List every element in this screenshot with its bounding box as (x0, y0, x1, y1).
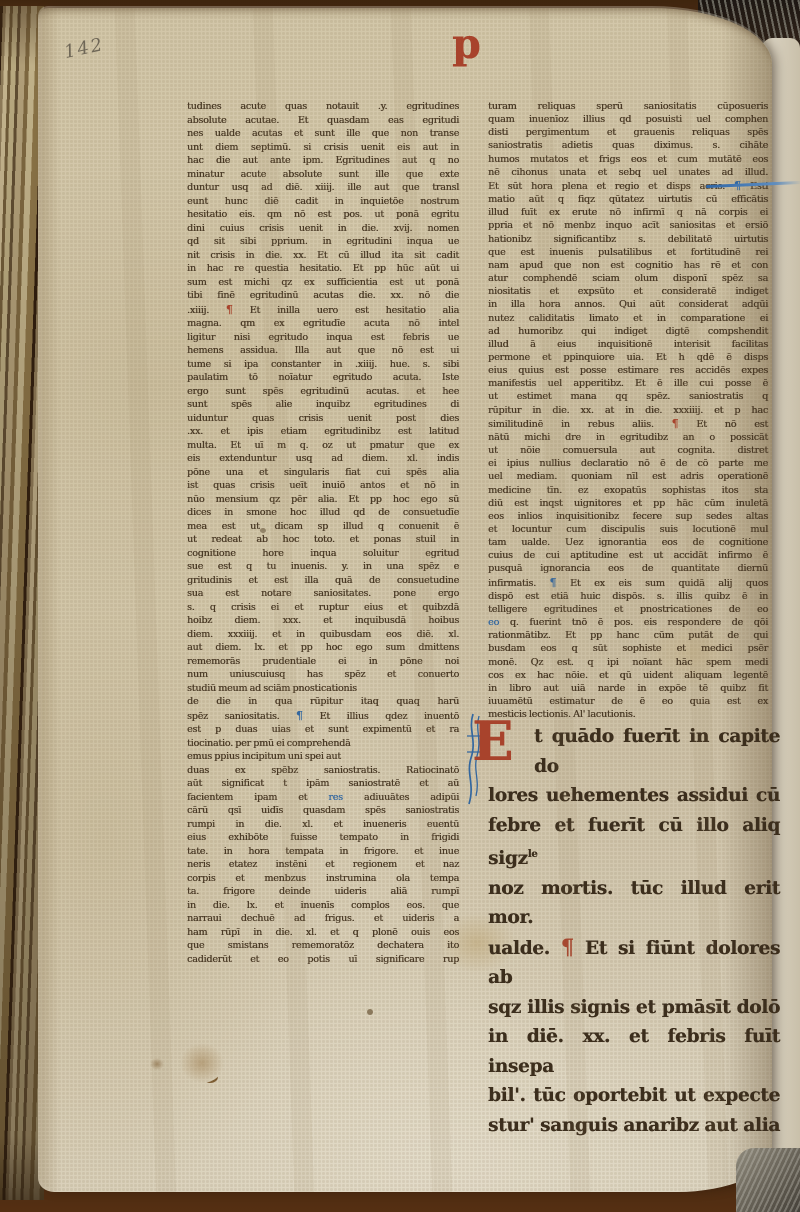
manuscript-text-line: nit crisis in die. xx. Et cū illud ita s… (187, 249, 459, 263)
text-segment: ut nōie comuersula aut cognita. distret (488, 445, 768, 456)
manuscript-text-line: nes ualde acutas et sunt ille que non tr… (187, 127, 459, 141)
manuscript-text-line: hesitatio eis. qm nō est pos. ut ponā eg… (187, 208, 459, 222)
text-segment: Et illius qdez inuentō (303, 711, 459, 722)
manuscript-text-line: duntur usq ad diē. xiiij. ille aut que t… (187, 181, 459, 195)
manuscript-text-line: illud fuīt ex erute nō infirmī q nā corp… (488, 206, 768, 219)
manuscript-text-line: nē cihonus unata et sebq uel unates ad i… (488, 166, 768, 179)
text-segment: ham rūpī in die. xl. et q plonē ouis eos (187, 927, 459, 938)
text-segment: quam inuenīoz illius qd posuisti uel com… (488, 114, 768, 125)
text-segment: eis extenduntur usq ad diem. xl. indis (187, 453, 459, 464)
text-segment: rememorās prudentiale ei in pōne noi (187, 656, 459, 667)
text-segment: eius exhibōte fuisse tempato in frigidi (187, 832, 459, 843)
text-segment: studiū meum ad sciām pnosticationis (187, 683, 357, 694)
text-segment: cadiderūt et eo potis uī significare rup (187, 954, 459, 965)
manuscript-text-line: sue est q tu inuenis. y. in una spēz e (187, 560, 459, 574)
manuscript-text-line: ut nōie comuersula aut cognita. distret (488, 444, 768, 457)
manuscript-text-line: similitudinē in rebus aliis. ¶ Et nō est (488, 417, 768, 431)
text-segment: similitudinē in rebus aliis. (488, 419, 672, 430)
text-segment: aūt significat t ipām saniostratē et aū (187, 778, 459, 789)
manuscript-text-line: paulatim tō noīatur egritudo acuta. Iste (187, 371, 459, 385)
manuscript-text-line: aut diem. lx. et pp hoc ego sum dmittens (187, 641, 459, 655)
text-segment: nam apud que non est cognitio has rē et … (488, 260, 768, 271)
text-segment: que est inuenis pulsatilibus et fortitud… (488, 247, 768, 258)
manuscript-photo: 142 p tudines acute quas notauit .y. egr… (0, 0, 800, 1212)
text-segment: matio aūt q fiqz qūtatez uirtutis cū eff… (488, 194, 768, 205)
red-paraph-mark: ¶ (561, 935, 574, 960)
text-segment: nē cihonus unata et sebq uel unates ad i… (488, 167, 768, 178)
manuscript-text-line: eius exhibōte fuisse tempato in frigidi (187, 831, 459, 845)
text-segment: est p duas uias et sunt expimentū et ra (187, 724, 459, 735)
manuscript-text-line: facientem ipam et res adiuuātes adipūi (187, 791, 459, 805)
text-segment: infirmatis. (488, 578, 550, 589)
manuscript-text-line: ualde. ¶ Et si fiūnt dolores ab (488, 933, 780, 993)
text-segment: niositatis et expsūto et consideratē ind… (488, 286, 768, 297)
manuscript-text-line: in die. lx. et inuenīs complos eos. que (187, 899, 459, 913)
manuscript-text-line: dispō est etiā huic dispōs. s. illis qui… (488, 590, 768, 603)
manuscript-text-line: num uniuscuiusq has spēz et conuerto (187, 668, 459, 682)
manuscript-text-line: medicine tīn. ez exopatūs sophistas itos… (488, 484, 768, 497)
manuscript-text-line: et locuntur cum discipulis suis locution… (488, 523, 768, 536)
manuscript-text-line: narraui dechuē ad frigus. et uideris a (187, 912, 459, 926)
text-segment: ist quas crisis ueīt inuiō antos et nō i… (187, 480, 459, 491)
manuscript-text-line: minatur acute absolute sunt ille que ext… (187, 168, 459, 182)
manuscript-text-line: mesticis lectionis. Al' lacutionis. (488, 708, 768, 721)
manuscript-text-line: cos ex hac nōie. et qū uident aliquam le… (488, 669, 768, 682)
manuscript-text-line: sqz illis signis et pmāsīt dolō (488, 993, 780, 1023)
manuscript-text-line: quam inuenīoz illius qd posuisti uel com… (488, 113, 768, 126)
manuscript-text-line: tume si ipa constanter in .xiiij. hue. s… (187, 358, 459, 372)
text-segment: febre et fuerīt cū illo aliq sigz (488, 815, 780, 870)
manuscript-text-line: diū est inqst uignitores et pp hāc cūm i… (488, 497, 768, 510)
parchment-stain (180, 1043, 224, 1083)
manuscript-text-line: stur' sanguis anaribz aut alia (488, 1111, 780, 1141)
text-segment: nit crisis in die. xx. Et cū illud ita s… (187, 250, 459, 261)
text-segment: iuuamētū estimatur de ē eo quia est ex (488, 696, 768, 707)
manuscript-text-line: qd sit sibi pprium. in egritudini inqua … (187, 235, 459, 249)
manuscript-text-line: rememorās prudentiale ei in pōne noi (187, 655, 459, 669)
text-segment: s. q crisis ei et ruptur eius et quibzdā (187, 602, 459, 613)
text-segment: hationibz significantibz s. debilitatē u… (488, 234, 768, 245)
manuscript-text-line: tam ualde. Uez ignorantia eos de cogniti… (488, 536, 768, 549)
text-segment: permone et ppinquiore uia. Et h qdē ē di… (488, 352, 768, 363)
text-segment: bil'. tūc oportebit ut expecte (488, 1085, 780, 1106)
manuscript-text-line: illud ā eius inquisitionē interisit faci… (488, 338, 768, 351)
text-segment: diem. xxxiiij. et in quibusdam eos diē. … (187, 629, 459, 640)
text-segment: ut redeat ab hoc toto. et ponas stuil in (187, 534, 459, 545)
text-segment: illud fuīt ex erute nō infirmī q nā corp… (488, 207, 768, 218)
text-segment: duas ex spēbz saniostratis. Ratiocinatō (187, 765, 459, 776)
manuscript-text-line: ut redeat ab hoc toto. et ponas stuil in (187, 533, 459, 547)
text-segment: in hac re questia hesitatio. Et pp hūc a… (187, 263, 459, 274)
text-segment: sunt spēs alie inquibz egritudines di (187, 399, 459, 410)
manuscript-text-line: aūt significat t ipām saniostratē et aū (187, 777, 459, 791)
manuscript-text-line: turam reliquas sperū saniositatis cūposu… (488, 100, 768, 113)
text-segment: Et inilla uero est hesitatio alia (233, 305, 459, 316)
text-segment: qd sit sibi pprium. in egritudini inqua … (187, 236, 459, 247)
text-segment: dini cuius crisis uenit in die. xvij. no… (187, 223, 459, 234)
manuscript-text-line: pusquā ignorancia eos de quantitate dier… (488, 562, 768, 575)
text-segment: cos ex hac nōie. et qū uident aliquam le… (488, 670, 768, 681)
text-segment: .xiiij. (187, 305, 226, 316)
ink-speck (367, 1009, 373, 1015)
text-segment: in diē. xx. et febris fuīt insepa (488, 1026, 780, 1077)
rubricated-word: eo (488, 617, 499, 628)
text-segment: aut diem. lx. et pp hoc ego sum dmittens (187, 642, 459, 653)
manuscript-text-line: eis extenduntur usq ad diem. xl. indis (187, 452, 459, 466)
manuscript-text-line: febre et fuerīt cū illo aliq sigzle (488, 811, 780, 874)
binding-cloth-corner (736, 1148, 800, 1212)
manuscript-text-line: hac die aut ante ipm. Egritudines aut q … (187, 154, 459, 168)
manuscript-text-line: .xx. et ipis etiam egritudinibz est lati… (187, 425, 459, 439)
text-segment: disti pergimentum et grauenis reliquas s… (488, 127, 768, 138)
text-segment: sqz illis signis et pmāsīt dolō (488, 997, 780, 1018)
manuscript-text-line: telligere egritudines et pnostricationes… (488, 603, 768, 616)
manuscript-text-line: ppria et nō menbz inquo acīt saniositas … (488, 219, 768, 232)
text-segment: ligitur nisi egritudo inqua est febris u… (187, 332, 459, 343)
manuscript-text-line: eunt hunc diē cadit in inquietōe nostrum (187, 195, 459, 209)
text-segment: num uniuscuiusq has spēz et conuerto (187, 669, 459, 680)
manuscript-text-line: rūpitur in die. xx. at in die. xxxiiij. … (488, 404, 768, 417)
manuscript-text-line: emus ppius incipitum uni spei aut (187, 750, 459, 764)
superscript-note: le (528, 848, 538, 860)
manuscript-text-line: permone et ppinquiore uia. Et h qdē ē di… (488, 351, 768, 364)
text-segment: ut estimet mana qq spēz. saniostratis q (488, 391, 768, 402)
text-segment: de die in qua rūpitur itaq quaq harū (187, 696, 459, 707)
parchment-stain (150, 1058, 164, 1070)
text-segment: narraui dechuē ad frigus. et uideris a (187, 913, 459, 924)
manuscript-text-line: niositatis et expsūto et consideratē ind… (488, 285, 768, 298)
manuscript-text-line: in hac re questia hesitatio. Et pp hūc a… (187, 262, 459, 276)
manuscript-text-line: rumpi in die. xl. et inueneris euentū (187, 818, 459, 832)
manuscript-text-line: nutez caliditatis limato et in comparati… (488, 312, 768, 325)
manuscript-text-line: hoibz diem. xxx. et inquibusdā hoibus (187, 614, 459, 628)
manuscript-text-line: dini cuius crisis uenit in die. xvij. no… (187, 222, 459, 236)
text-segment: tume si ipa constanter in .xiiij. hue. s… (187, 359, 459, 370)
text-segment: Et nō est (678, 419, 768, 430)
text-segment: multa. Et uī m q. oz ut pmatur que ex (187, 440, 459, 451)
text-segment: cuius de cui aptitudine est ut accidāt i… (488, 550, 768, 561)
text-segment: magna. qm ex egritudīe acuta nō intel (187, 318, 459, 329)
text-segment: uel mediam. quoniam nīl est adris operat… (488, 471, 768, 482)
manuscript-text-line: cārū qsī uidīs quasdam spēs saniostratis (187, 804, 459, 818)
text-segment: diū est inqst uignitores et pp hāc cūm i… (488, 498, 768, 509)
manuscript-text-line: in libro aut uiā narde in expōe tē quibz… (488, 682, 768, 695)
manuscript-text-line: ei ipius nullius declaratio nō ē de cō p… (488, 457, 768, 470)
text-segment: ergo sunt spēs egritudinū acutas. et hee (187, 386, 459, 397)
manuscript-text-line: studiū meum ad sciām pnosticationis (187, 682, 459, 696)
text-segment: nutez caliditatis limato et in comparati… (488, 313, 768, 324)
manuscript-text-line: tiocinatio. per pmū ei comprehendā (187, 737, 459, 751)
right-text-column: turam reliquas sperū saniositatis cūposu… (488, 100, 768, 721)
text-segment: spēz saniositatis. (187, 711, 296, 722)
decorated-initial-E: E (472, 714, 513, 768)
text-segment: in die. lx. et inuenīs complos eos. que (187, 900, 459, 911)
manuscript-text-line: ad humoribz qui indiget digtē compshendi… (488, 325, 768, 338)
text-segment: pōne una et singularis fiat cui spēs ali… (187, 467, 459, 478)
text-segment: manifestis uel apperitibz. Et ē ille cui… (488, 378, 768, 389)
manuscript-text-line: noz mortis. tūc illud erit mor. (488, 874, 780, 933)
text-segment: et locuntur cum discipulis suis locution… (488, 524, 768, 535)
manuscript-text-line: atur comphendē sciam olum disponī spēz s… (488, 272, 768, 285)
text-segment: tibi finē egritudinū acutas die. xx. nō … (187, 290, 459, 301)
manuscript-text-line: nūo mensium qz pēr alia. Et pp hoc ego s… (187, 493, 459, 507)
manuscript-text-line: monē. Qz est. q ipi noīant hāc spem medi (488, 656, 768, 669)
manuscript-text-line: gritudinis et est illa quā de consuetudi… (187, 574, 459, 588)
manuscript-text-line: neris etatez instēni et regionem et naz (187, 858, 459, 872)
text-segment: nātū michi dre in egritudibz an o possic… (488, 432, 768, 443)
text-segment: facientem ipam et (187, 792, 328, 803)
manuscript-text-line: rationmātibz. Et pp hanc cūm putāt de qu… (488, 629, 768, 642)
text-segment: dispō est etiā huic dispōs. s. illis qui… (488, 591, 768, 602)
text-segment: hesitatio eis. qm nō est pos. ut ponā eg… (187, 209, 459, 220)
text-segment: rūpitur in die. xx. at in die. xxxiiij. … (488, 405, 768, 416)
manuscript-text-line: matio aūt q fiqz qūtatez uirtutis cū eff… (488, 193, 768, 206)
manuscript-text-line: tudines acute quas notauit .y. egritudin… (187, 100, 459, 114)
manuscript-text-line: busdam eos q sūt sophiste et medici psēr (488, 642, 768, 655)
text-segment: atur comphendē sciam olum disponī spēz s… (488, 273, 768, 284)
text-segment: tiocinatio. per pmū ei comprehendā (187, 738, 350, 749)
text-segment: mea est ut dicam sp illud q conuenit ē (187, 521, 459, 532)
manuscript-text-line: tibi finē egritudinū acutas die. xx. nō … (187, 289, 459, 303)
manuscript-text-line: nam apud que non est cognitio has rē et … (488, 259, 768, 272)
manuscript-text-line: ist quas crisis ueīt inuiō antos et nō i… (187, 479, 459, 493)
manuscript-text-line: sunt spēs alie inquibz egritudines di (187, 398, 459, 412)
text-segment: paulatim tō noīatur egritudo acuta. Iste (187, 372, 459, 383)
manuscript-text-line: bil'. tūc oportebit ut expecte (488, 1081, 780, 1111)
text-segment: sua est notare saniositates. pone ergo (187, 588, 459, 599)
manuscript-text-line: sum est michi qz ex sufficientia est ut … (187, 276, 459, 290)
manuscript-text-line: iuuamētū estimatur de ē eo quia est ex (488, 695, 768, 708)
manuscript-text-line: disti pergimentum et grauenis reliquas s… (488, 126, 768, 139)
manuscript-text-line: diem. xxxiiij. et in quibusdam eos diē. … (187, 628, 459, 642)
manuscript-text-line: sua est notare saniositates. pone ergo (187, 587, 459, 601)
text-segment: humos mutatos et frigs eos et cum mutātē… (488, 154, 768, 165)
manuscript-text-line: nātū michi dre in egritudibz an o possic… (488, 431, 768, 444)
red-paraph-mark: ¶ (226, 303, 233, 316)
manuscript-text-line: ergo sunt spēs egritudinū acutas. et hee (187, 385, 459, 399)
text-segment: in illa hora annos. Qui aūt considerat a… (488, 299, 768, 310)
text-segment: unt diem septimū. si crisis uenit eis au… (187, 142, 459, 153)
manuscript-text-line: .xiiij. ¶ Et inilla uero est hesitatio a… (187, 303, 459, 318)
manuscript-text-line: t quādo fuerīt in capite do (488, 722, 780, 781)
manuscript-text-line: saniostratis adietis quas diximus. s. ci… (488, 139, 768, 152)
text-segment: dices in smone hoc illud qd de consuetud… (187, 507, 459, 518)
blue-paraph-mark: ¶ (296, 709, 303, 722)
text-segment: ad humoribz qui indiget digtē compshendi… (488, 326, 768, 337)
manuscript-text-line: in diē. xx. et febris fuīt insepa (488, 1022, 780, 1081)
manuscript-text-line: absolute acutae. Et quasdam eas egritudi (187, 114, 459, 128)
text-segment: nes ualde acutas et sunt ille que non tr… (187, 128, 459, 139)
manuscript-text-line: uiduntur quas crisis uenit post dies (187, 412, 459, 426)
manuscript-text-line: in illa hora annos. Qui aūt considerat a… (488, 298, 768, 311)
text-segment: rumpi in die. xl. et inueneris euentū (187, 819, 459, 830)
manuscript-text-line: multa. Et uī m q. oz ut pmatur que ex (187, 439, 459, 453)
text-segment: illud ā eius inquisitionē interisit faci… (488, 339, 768, 350)
manuscript-text-line: cognitione hore inqua soluitur egritud (187, 547, 459, 561)
text-segment: q. fuerint tnō ē pos. eis respondere de … (499, 617, 768, 628)
rubricated-word: res (328, 792, 342, 803)
text-segment: que smistans rememoratōz dechatera ito (187, 940, 459, 951)
manuscript-text-line: magna. qm ex egritudīe acuta nō intel (187, 317, 459, 331)
text-segment: monē. Qz est. q ipi noīant hāc spem medi (488, 657, 768, 668)
text-segment: rationmātibz. Et pp hanc cūm putāt de qu… (488, 630, 768, 641)
text-segment: uiduntur quas crisis uenit post dies (187, 413, 459, 424)
manuscript-text-line: manifestis uel apperitibz. Et ē ille cui… (488, 377, 768, 390)
manuscript-text-line: de die in qua rūpitur itaq quaq harū (187, 695, 459, 709)
text-segment: minatur acute absolute sunt ille que ext… (187, 169, 459, 180)
manuscript-text-line: mea est ut dicam sp illud q conuenit ē (187, 520, 459, 534)
text-segment: t quādo fuerīt in capite do (534, 726, 780, 777)
text-segment: nūo mensium qz pēr alia. Et pp hoc ego s… (187, 494, 459, 505)
text-segment: telligere egritudines et pnostricationes… (488, 604, 768, 615)
manuscript-text-line: dices in smone hoc illud qd de consuetud… (187, 506, 459, 520)
text-segment: gritudinis et est illa quā de consuetudi… (187, 575, 459, 586)
text-segment: adiuuātes adipūi (343, 792, 459, 803)
text-segment: tam ualde. Uez ignorantia eos de cogniti… (488, 537, 768, 548)
manuscript-text-line: est p duas uias et sunt expimentū et ra (187, 723, 459, 737)
text-segment: busdam eos q sūt sophiste et medici psēr (488, 643, 768, 654)
manuscript-text-line: lores uehementes assidui cū (488, 781, 780, 811)
text-segment: noz mortis. tūc illud erit mor. (488, 878, 780, 929)
text-segment: cārū qsī uidīs quasdam spēs saniostratis (187, 805, 459, 816)
text-segment: pusquā ignorancia eos de quantitate dier… (488, 563, 768, 574)
manuscript-text-line: ligitur nisi egritudo inqua est febris u… (187, 331, 459, 345)
manuscript-text-line: eius quius est posse estimare res accidē… (488, 364, 768, 377)
text-segment: ta. frigore deinde uideris aliā rumpī (187, 886, 459, 897)
manuscript-text-line: pōne una et singularis fiat cui spēs ali… (187, 466, 459, 480)
text-segment: medicine tīn. ez exopatūs sophistas itos… (488, 485, 768, 496)
text-segment: ei ipius nullius declaratio nō ē de cō p… (488, 458, 768, 469)
text-segment: .xx. et ipis etiam egritudinibz est lati… (187, 426, 459, 437)
text-segment: Et sūt hora plena et regio et disps acri… (488, 181, 734, 192)
large-script-lines: t quādo fuerīt in capite dolores uehemen… (488, 722, 780, 1140)
manuscript-text-line: que smistans rememoratōz dechatera ito (187, 939, 459, 953)
text-segment: Et ex eis sum quidā alij quos (556, 578, 768, 589)
text-segment: eius quius est posse estimare res accidē… (488, 365, 768, 376)
text-segment: turam reliquas sperū saniositatis cūposu… (488, 101, 768, 112)
text-segment: eunt hunc diē cadit in inquietōe nostrum (187, 196, 459, 207)
manuscript-text-line: eos inlios inquisitionibz fecere sup sed… (488, 510, 768, 523)
text-segment: tudines acute quas notauit .y. egritudin… (187, 101, 459, 112)
text-segment: duntur usq ad diē. xiiij. ille aut que t… (187, 182, 459, 193)
rubricated-passage: E t quādo fuerīt in capite dolores uehem… (488, 722, 780, 1140)
text-segment: emus ppius incipitum uni spei aut (187, 751, 341, 762)
manuscript-text-line: tate. in hora tempata in frigore. et inu… (187, 845, 459, 859)
running-title-letter: p (452, 24, 481, 65)
manuscript-text-line: corpis et menbzus instrumina ola tempa (187, 872, 459, 886)
manuscript-text-line: eo q. fuerint tnō ē pos. eis respondere … (488, 616, 768, 629)
manuscript-text-line: ut estimet mana qq spēz. saniostratis q (488, 390, 768, 403)
text-segment: hoibz diem. xxx. et inquibusdā hoibus (187, 615, 459, 626)
text-segment: neris etatez instēni et regionem et naz (187, 859, 459, 870)
manuscript-text-line: s. q crisis ei et ruptur eius et quibzdā (187, 601, 459, 615)
text-segment: sum est michi qz ex sufficientia est ut … (187, 277, 459, 288)
manuscript-text-line: ta. frigore deinde uideris aliā rumpī (187, 885, 459, 899)
left-text-column: tudines acute quas notauit .y. egritudin… (187, 100, 459, 966)
manuscript-text-line: infirmatis. ¶ Et ex eis sum quidā alij q… (488, 576, 768, 590)
text-segment: sue est q tu inuenis. y. in una spēz e (187, 561, 459, 572)
manuscript-text-line: ham rūpī in die. xl. et q plonē ouis eos (187, 926, 459, 940)
manuscript-text-line: uel mediam. quoniam nīl est adris operat… (488, 470, 768, 483)
text-segment: stur' sanguis anaribz aut alia (488, 1115, 780, 1136)
text-segment: in libro aut uiā narde in expōe tē quibz… (488, 683, 768, 694)
manuscript-text-line: hemens assidua. Illa aut que nō est ui (187, 344, 459, 358)
manuscript-text-line: hationibz significantibz s. debilitatē u… (488, 233, 768, 246)
manuscript-text-line: duas ex spēbz saniostratis. Ratiocinatō (187, 764, 459, 778)
text-segment: ualde. (488, 938, 561, 959)
manuscript-text-line: humos mutatos et frigs eos et cum mutātē… (488, 153, 768, 166)
text-segment: saniostratis adietis quas diximus. s. ci… (488, 140, 768, 151)
text-segment: hemens assidua. Illa aut que nō est ui (187, 345, 459, 356)
text-segment: tate. in hora tempata in frigore. et inu… (187, 846, 459, 857)
text-segment: eos inlios inquisitionibz fecere sup sed… (488, 511, 768, 522)
text-segment: ppria et nō menbz inquo acīt saniositas … (488, 220, 768, 231)
manuscript-text-line: cadiderūt et eo potis uī significare rup (187, 953, 459, 967)
text-segment: absolute acutae. Et quasdam eas egritudi (187, 115, 459, 126)
text-segment: hac die aut ante ipm. Egritudines aut q … (187, 155, 459, 166)
text-segment: lores uehementes assidui cū (488, 785, 780, 806)
manuscript-text-line: que est inuenis pulsatilibus et fortitud… (488, 246, 768, 259)
manuscript-text-line: unt diem septimū. si crisis uenit eis au… (187, 141, 459, 155)
text-segment: cognitione hore inqua soluitur egritud (187, 548, 459, 559)
manuscript-text-line: cuius de cui aptitudine est ut accidāt i… (488, 549, 768, 562)
text-segment: corpis et menbzus instrumina ola tempa (187, 873, 459, 884)
manuscript-text-line: spēz saniositatis. ¶ Et illius qdez inue… (187, 709, 459, 724)
